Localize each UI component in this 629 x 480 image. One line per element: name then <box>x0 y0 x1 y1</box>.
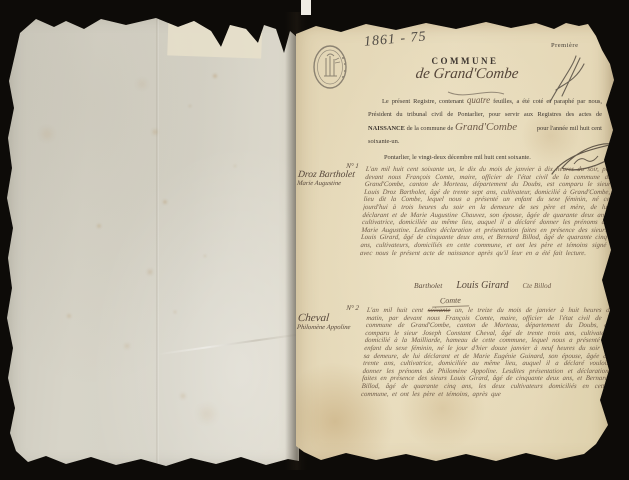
act2-number: N° 2 <box>299 304 362 312</box>
act2-margin: N° 2 Cheval Philomène Appoline <box>297 304 362 331</box>
tape-repair-patch <box>167 9 263 58</box>
act1-first-names: Marie Augustine <box>297 180 360 187</box>
act1-body-text: L'an mil huit cent soixante un, le dix d… <box>358 166 612 280</box>
years-range-annotation: 1861 - 75 <box>363 29 427 50</box>
act1-signatures: Bartholet Louis Girard Cte Billod <box>414 280 614 291</box>
act1-margin: N° 1 Droz Bartholet Marie Augustine <box>297 162 362 187</box>
paper-crease <box>157 333 306 356</box>
act-type-label: NAISSANCE <box>368 125 405 132</box>
act2-seg-post: un, le treize du mois de janvier à huit … <box>361 307 613 398</box>
commune-handwritten-inline: Grand'Combe <box>455 121 535 133</box>
signature-witness2: Cte Billod <box>523 282 552 290</box>
signature-mayor: Comte <box>432 295 469 307</box>
left-blank-page <box>6 13 299 470</box>
scanner-gap-notch <box>301 0 311 15</box>
sheets-count-handwritten: quatre <box>467 95 490 105</box>
act1-number: N° 1 <box>298 162 361 170</box>
register-page: 1861 - 75 Première COMMUNE de Grand'Comb… <box>296 20 622 466</box>
signature-witness1: Louis Girard <box>456 280 508 291</box>
act2-first-names: Philomène Appoline <box>297 324 360 331</box>
sheet-order-label: Première <box>551 42 578 49</box>
signature-father: Bartholet <box>414 281 442 290</box>
commune-name-handwritten: de Grand'Combe <box>295 66 623 83</box>
act2-family-name: Cheval <box>297 312 360 324</box>
act2-struck-word: soixante <box>428 307 451 314</box>
statement-seg1: Le présent Registre, contenant <box>382 98 464 105</box>
commune-heading: COMMUNE <box>296 56 622 66</box>
foxing-stains <box>6 13 8 15</box>
act1-family-name: Droz Bartholet <box>297 170 360 180</box>
act2-body-text: L'an mil huit cent soixante un, le treiz… <box>357 307 613 453</box>
tribunal-dateline: Pontarlier, le vingt-deux décembre mil h… <box>384 154 531 161</box>
paper-crease <box>156 13 159 470</box>
statement-seg3: de la commune de <box>407 125 454 132</box>
act2-seg-pre: L'an mil huit cent <box>367 307 428 314</box>
